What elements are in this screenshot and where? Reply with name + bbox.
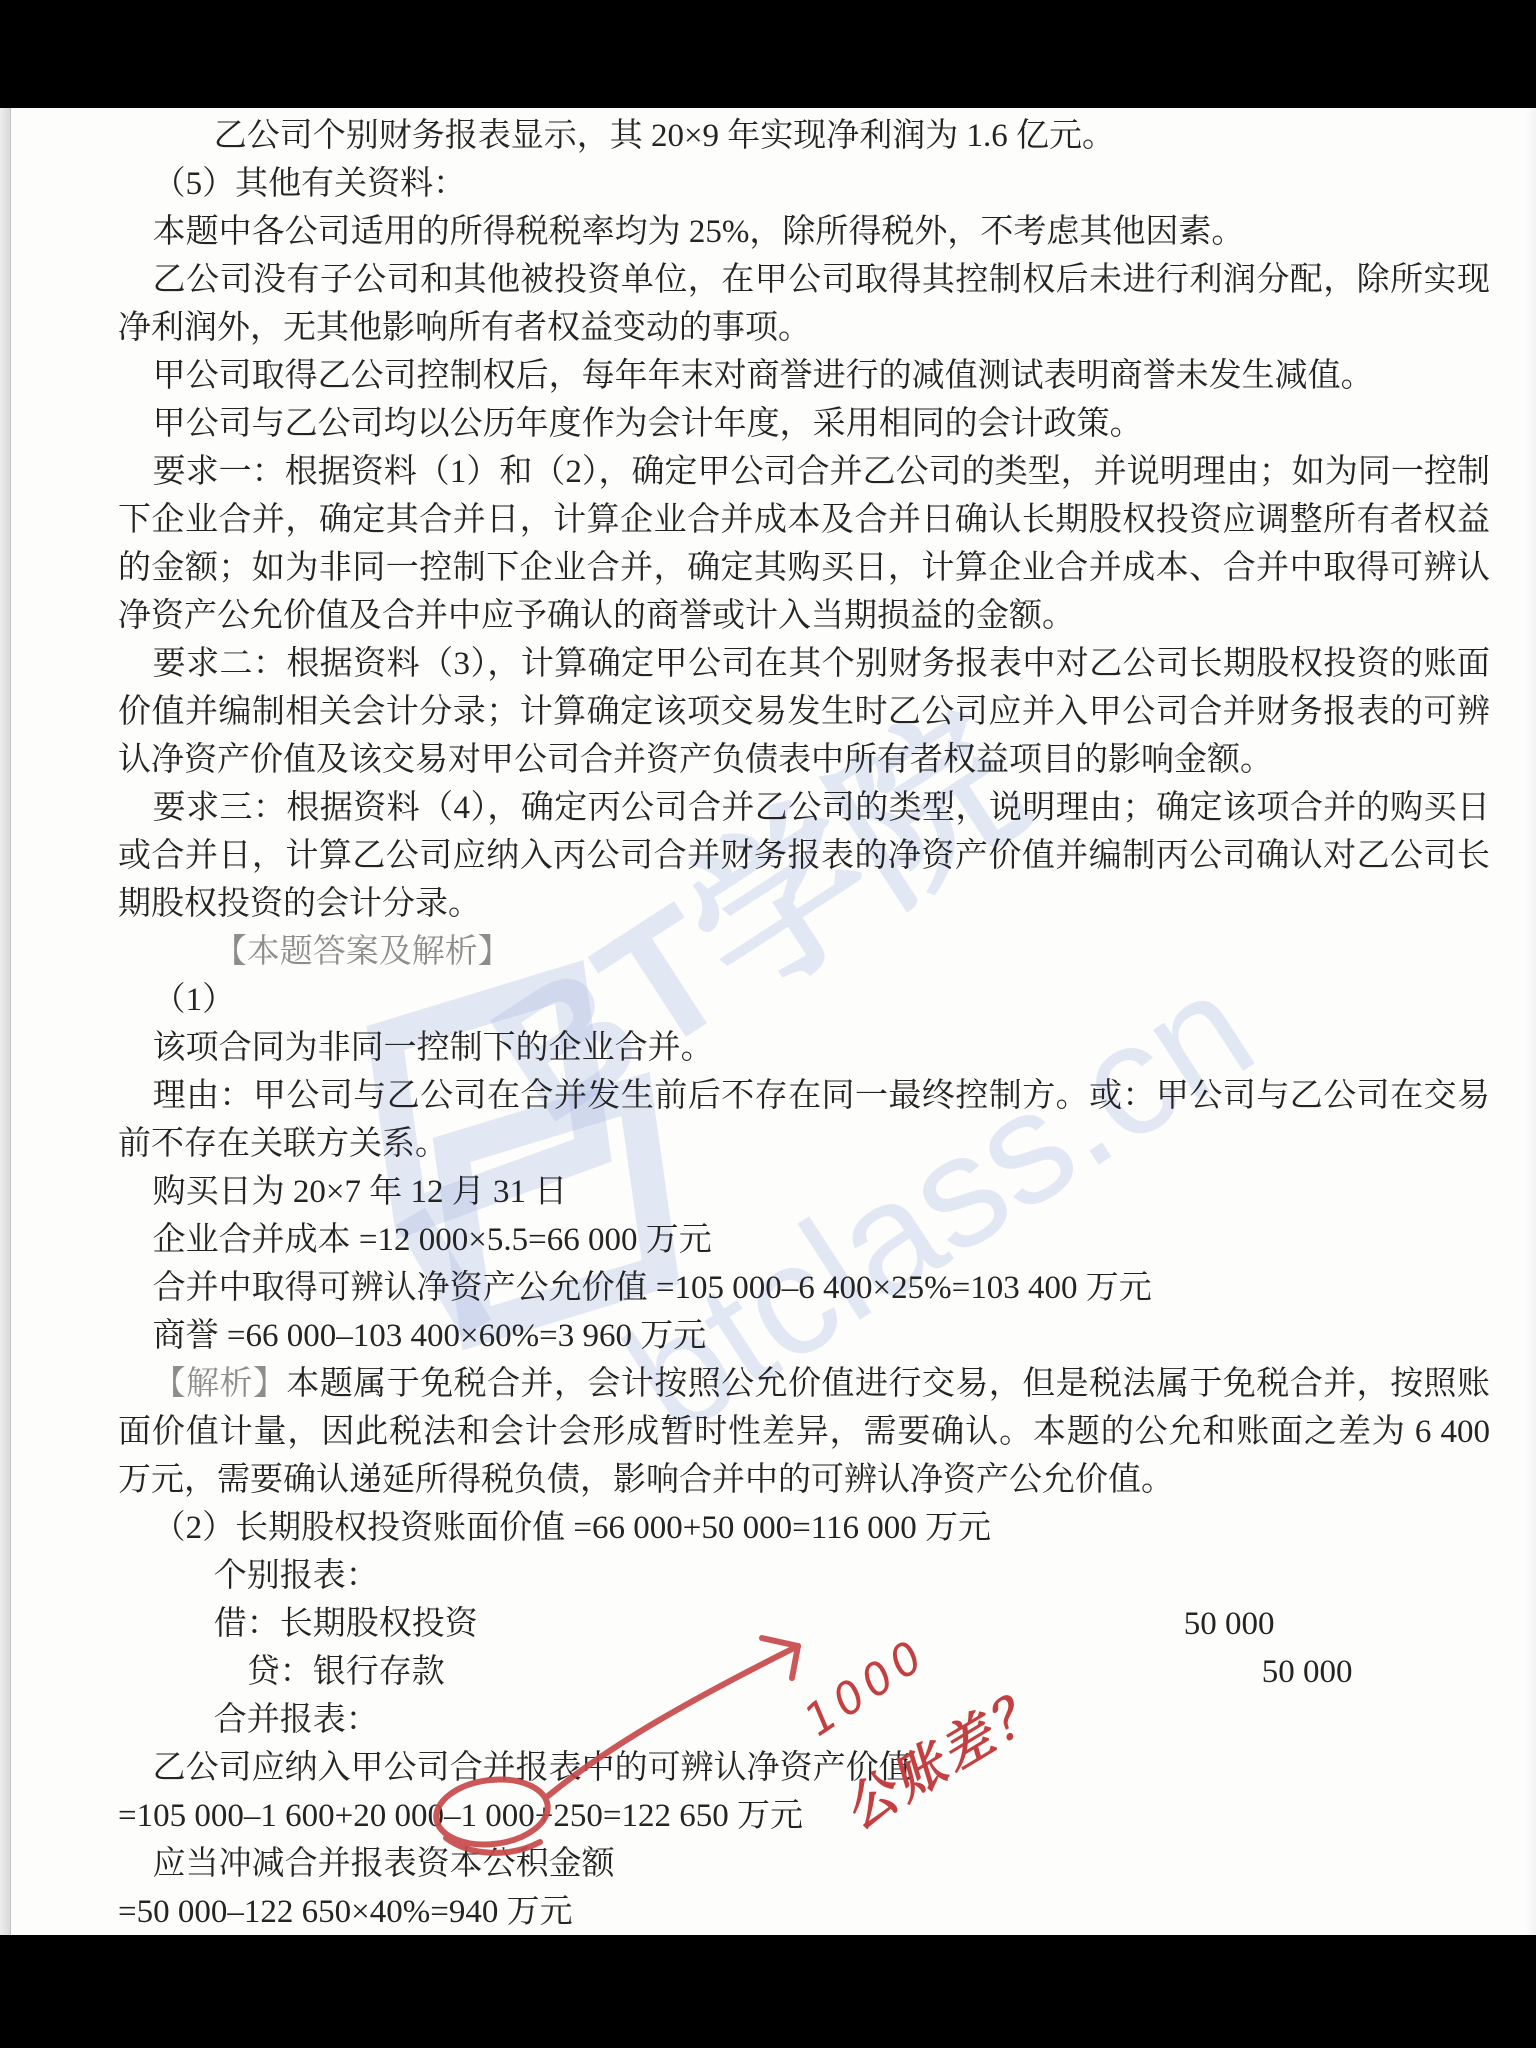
answer-line: 合并中取得可辨认净资产公允价值 =105 000–6 400×25%=103 4… (118, 1264, 1490, 1312)
answer-line: （1） (118, 976, 1490, 1024)
paragraph: （5）其他有关资料： (118, 160, 1490, 208)
answer-line: 商誉 =66 000–103 400×60%=3 960 万元 (118, 1312, 1490, 1360)
separate-statement-label: 个别报表： (118, 1552, 1490, 1600)
bottom-letterbox (0, 1935, 1536, 2048)
debit-label: 借：长期股权投资 (214, 1606, 478, 1642)
paragraph-requirement-2: 要求二：根据资料（3），计算确定甲公司在其个别财务报表中对乙公司长期股权投资的账… (118, 640, 1490, 784)
net-asset-formula: =105 000–1 600+20 000–1 000+250=122 650 … (118, 1792, 1490, 1840)
page-right-edge (1526, 108, 1536, 1935)
analysis-label: 【解析】 (153, 1366, 287, 1402)
answer-line: 该项合同为非同一控制下的企业合并。 (118, 1024, 1490, 1072)
paragraph: 甲公司取得乙公司控制权后，每年年末对商誉进行的减值测试表明商誉未发生减值。 (118, 352, 1490, 400)
top-letterbox (0, 0, 1536, 108)
capital-reserve-formula: =50 000–122 650×40%=940 万元 (118, 1888, 1490, 1936)
paragraph-requirement-3: 要求三：根据资料（4），确定丙公司合并乙公司的类型，说明理由；确定该项合并的购买… (118, 784, 1490, 928)
journal-debit-row: 借：长期股权投资50 000 (118, 1600, 1490, 1648)
journal-credit-row: 贷：银行存款50 000 (118, 1648, 1490, 1696)
answer-heading: 【本题答案及解析】 (118, 928, 1490, 976)
page-left-edge (0, 108, 11, 1935)
paragraph: 本题中各公司适用的所得税税率均为 25%，除所得税外，不考虑其他因素。 (118, 208, 1490, 256)
credit-label: 贷：银行存款 (247, 1654, 445, 1690)
paragraph-requirement-1: 要求一：根据资料（1）和（2），确定甲公司合并乙公司的类型，并说明理由；如为同一… (118, 448, 1490, 640)
paragraph: 乙公司没有子公司和其他被投资单位，在甲公司取得其控制权后未进行利润分配，除所实现… (118, 256, 1490, 352)
paragraph: 乙公司个别财务报表显示，其 20×9 年实现净利润为 1.6 亿元。 (118, 112, 1490, 160)
answer-line: 理由：甲公司与乙公司在合并发生前后不存在同一最终控制方。或：甲公司与乙公司在交易… (118, 1072, 1490, 1168)
debit-amount: 50 000 (1088, 1600, 1274, 1648)
paragraph: 甲公司与乙公司均以公历年度作为会计年度，采用相同的会计政策。 (118, 400, 1490, 448)
analysis-paragraph: 【解析】本题属于免税合并，会计按照公允价值进行交易，但是税法属于免税合并，按照账… (118, 1360, 1490, 1504)
credit-amount: 50 000 (1133, 1648, 1352, 1696)
net-asset-line: 乙公司应纳入甲公司合并报表中的可辨认净资产价值 (118, 1744, 1490, 1792)
answer-line: 购买日为 20×7 年 12 月 31 日 (118, 1168, 1490, 1216)
capital-reserve-line: 应当冲减合并报表资本公积金额 (118, 1840, 1490, 1888)
text-column: 乙公司个别财务报表显示，其 20×9 年实现净利润为 1.6 亿元。 （5）其他… (118, 112, 1490, 1936)
part2-intro: （2）长期股权投资账面价值 =66 000+50 000=116 000 万元 (118, 1504, 1490, 1552)
analysis-text: 本题属于免税合并，会计按照公允价值进行交易，但是税法属于免税合并，按照账面价值计… (118, 1366, 1490, 1498)
answer-line: 企业合并成本 =12 000×5.5=66 000 万元 (118, 1216, 1490, 1264)
